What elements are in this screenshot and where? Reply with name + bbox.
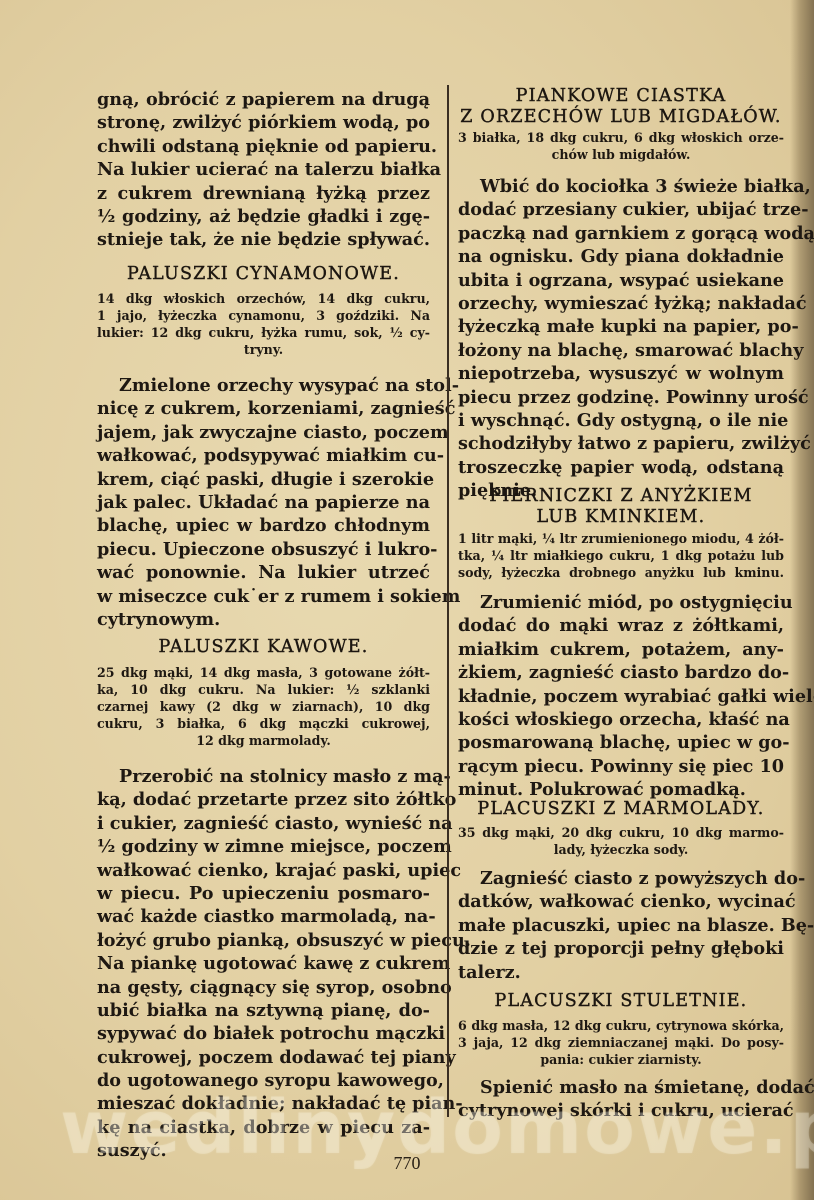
text-line: kładnie, poczem wyrabiać gałki wiel-	[458, 685, 784, 708]
ingredients-line: 1 litr mąki, ¼ ltr zrumienionego miodu, …	[458, 530, 784, 547]
recipe-title: PIERNICZKI Z ANYŻKIEM LUB KMINKIEM.	[458, 486, 784, 528]
text-line: Zagnieść ciasto z powyższych do-	[458, 867, 784, 890]
recipe-body: Przerobić na stolnicy masło z mą- ką, do…	[97, 765, 430, 1163]
text-line: łożony na blachę, smarować blachy	[458, 339, 784, 362]
text-line: ½ godziny, aż będzie gładki i zgę-	[97, 205, 430, 228]
text-line: posmarowaną blachę, upiec w go-	[458, 731, 784, 754]
text-line: stronę, zwilżyć piórkiem wodą, po	[97, 111, 430, 134]
ingredients-line: czarnej kawy (2 dkg w ziarnach), 10 dkg	[97, 698, 430, 715]
text-line: ubita i ogrzana, wsypać usiekane	[458, 269, 784, 292]
text-line: nicę z cukrem, korzeniami, zagnieść	[97, 397, 430, 420]
text-line: niepotrzeba, wysuszyć w wolnym	[458, 362, 784, 385]
ingredients-line: pania: cukier ziarnisty.	[458, 1051, 784, 1068]
recipe-ingredients: 25 dkg mąki, 14 dkg masła, 3 gotowane żó…	[97, 664, 430, 749]
text-line: paczką nad garnkiem z gorącą wodą	[458, 222, 784, 245]
recipe-title-line: PLACUSZKI Z MARMOLADY.	[458, 799, 784, 820]
text-line: ubić białka na sztywną pianę, do-	[97, 999, 430, 1022]
recipe-ingredients: 14 dkg włoskich orzechów, 14 dkg cukru, …	[97, 290, 430, 358]
text-line: Wbić do kociołka 3 świeże białka,	[458, 175, 784, 198]
recipe-body: Wbić do kociołka 3 świeże białka, dodać …	[458, 175, 784, 502]
text-line: gną, obrócić z papierem na drugą	[97, 88, 430, 111]
text-line: orzechy, wymieszać łyżką; nakładać	[458, 292, 784, 315]
text-line: kę na ciastka, dobrze w piecu za-	[97, 1116, 430, 1139]
recipe-title-line: PIERNICZKI Z ANYŻKIEM	[458, 486, 784, 507]
text-line: Na piankę ugotować kawę z cukrem	[97, 952, 430, 975]
recipe-ingredients: 3 białka, 18 dkg cukru, 6 dkg włoskich o…	[458, 129, 784, 163]
text-line: Zmielone orzechy wysypać na stol-	[97, 374, 430, 397]
text-line: cytrynowym.	[97, 608, 430, 631]
text-line: rącym piecu. Powinny się piec 10	[458, 755, 784, 778]
text-line: na gęsty, ciągnący się syrop, osobno	[97, 976, 430, 999]
page-number: 770	[0, 1153, 814, 1174]
text-line: cukrowej, poczem dodawać tej piany	[97, 1046, 430, 1069]
text-line: ką, dodać przetarte przez sito żółtko	[97, 788, 430, 811]
text-line: Spienić masło na śmietanę, dodać	[458, 1076, 784, 1099]
text-line: wać każde ciastko marmoladą, na-	[97, 905, 430, 928]
ingredients-line: lady, łyżeczka sody.	[458, 841, 784, 858]
text-line: łyżeczką małe kupki na papier, po-	[458, 315, 784, 338]
recipe-body: Zmielone orzechy wysypać na stol- nicę z…	[97, 374, 430, 631]
column-divider	[447, 85, 449, 1117]
recipe-title: PLACUSZKI Z MARMOLADY.	[458, 799, 784, 820]
text-line: mieszać dokładnie; nakładać tę pian-	[97, 1092, 430, 1115]
text-line: jak palec. Układać na papierze na	[97, 491, 430, 514]
ingredients-line: chów lub migdałów.	[458, 146, 784, 163]
text-line: Na lukier ucierać na talerzu białka	[97, 158, 430, 181]
text-line: minut. Polukrować pomadką.	[458, 778, 784, 801]
text-line: na ognisku. Gdy piana dokładnie	[458, 245, 784, 268]
ingredients-line: lukier: 12 dkg cukru, łyżka rumu, sok, ½…	[97, 324, 430, 341]
text-line: wałkować, podsypywać miałkim cu-	[97, 444, 430, 467]
text-line: łożyć grubo pianką, obsuszyć w piecu.	[97, 929, 430, 952]
recipe-title-line: PIANKOWE CIASTKA	[458, 86, 784, 107]
text-line: dzie z tej proporcji pełny głęboki	[458, 937, 784, 960]
text-line: jajem, jak zwyczajne ciasto, poczem	[97, 421, 430, 444]
ingredients-line: tka, ¼ ltr miałkiego cukru, 1 dkg potażu…	[458, 547, 784, 564]
ingredients-line: 25 dkg mąki, 14 dkg masła, 3 gotowane żó…	[97, 664, 430, 681]
text-line: stnieje tak, że nie będzie spływać.	[97, 228, 430, 251]
ingredients-line: 14 dkg włoskich orzechów, 14 dkg cukru,	[97, 290, 430, 307]
ingredients-line: 35 dkg mąki, 20 dkg cukru, 10 dkg marmo-	[458, 824, 784, 841]
text-line: cytrynowej skórki i cukru, ucierać	[458, 1099, 784, 1122]
text-line: wałkować cienko, krajać paski, upiec	[97, 859, 430, 882]
text-line: żkiem, zagnieść ciasto bardzo do-	[458, 661, 784, 684]
text-line: dodać do mąki wraz z żółtkami,	[458, 614, 784, 637]
text-line: Zrumienić miód, po ostygnięciu	[458, 591, 784, 614]
text-line: talerz.	[458, 961, 784, 984]
text-line: kości włoskiego orzecha, kłaść na	[458, 708, 784, 731]
ingredients-line: 6 dkg masła, 12 dkg cukru, cytrynowa skó…	[458, 1017, 784, 1034]
text-line: dodać przesiany cukier, ubijać trze-	[458, 198, 784, 221]
recipe-title-line: Z ORZECHÓW LUB MIGDAŁÓW.	[458, 107, 784, 128]
text-line: sypywać do białek potrochu mączki	[97, 1022, 430, 1045]
recipe-title: PALUSZKI CYNAMONOWE.	[97, 264, 430, 285]
text-line: Przerobić na stolnicy masło z mą-	[97, 765, 430, 788]
text-line: chwili odstaną pięknie od papieru.	[97, 135, 430, 158]
text-line: miałkim cukrem, potażem, any-	[458, 638, 784, 661]
ingredients-line: 12 dkg marmolady.	[97, 732, 430, 749]
ingredients-line: tryny.	[97, 341, 430, 358]
text-line: ½ godziny w zimne miejsce, poczem	[97, 835, 430, 858]
text-line: małe placuszki, upiec na blasze. Bę-	[458, 914, 784, 937]
text-line: krem, ciąć paski, długie i szerokie	[97, 468, 430, 491]
text-line: w miseczce cuk˙er z rumem i sokiem	[97, 585, 430, 608]
text-line: i cukier, zagnieść ciasto, wynieść na	[97, 812, 430, 835]
recipe-ingredients: 6 dkg masła, 12 dkg cukru, cytrynowa skó…	[458, 1017, 784, 1068]
text-line: wać ponownie. Na lukier utrzeć	[97, 561, 430, 584]
recipe-ingredients: 35 dkg mąki, 20 dkg cukru, 10 dkg marmo-…	[458, 824, 784, 858]
ingredients-line: cukru, 3 białka, 6 dkg mączki cukrowej,	[97, 715, 430, 732]
text-line: troszeczkę papier wodą, odstaną	[458, 456, 784, 479]
text-line: datków, wałkować cienko, wycinać	[458, 890, 784, 913]
recipe-title: PALUSZKI KAWOWE.	[97, 637, 430, 658]
intro-paragraph: gną, obrócić z papierem na drugą stronę,…	[97, 88, 430, 252]
recipe-body: Zrumienić miód, po ostygnięciu dodać do …	[458, 591, 784, 802]
text-line: i wyschnąć. Gdy ostygną, o ile nie	[458, 409, 784, 432]
recipe-title-line: PLACUSZKI STULETNIE.	[458, 991, 784, 1012]
text-line: piecu przez godzinę. Powinny urość	[458, 386, 784, 409]
text-line: blachę, upiec w bardzo chłodnym	[97, 514, 430, 537]
recipe-ingredients: 1 litr mąki, ¼ ltr zrumienionego miodu, …	[458, 530, 784, 581]
text-line: w piecu. Po upieczeniu posmaro-	[97, 882, 430, 905]
ingredients-line: sody, łyżeczka drobnego anyżku lub kminu…	[458, 564, 784, 581]
recipe-body: Zagnieść ciasto z powyższych do- datków,…	[458, 867, 784, 984]
ingredients-line: 3 jaja, 12 dkg ziemniaczanej mąki. Do po…	[458, 1034, 784, 1051]
text-line: do ugotowanego syropu kawowego,	[97, 1069, 430, 1092]
recipe-title: PIANKOWE CIASTKA Z ORZECHÓW LUB MIGDAŁÓW…	[458, 86, 784, 128]
text-line: z cukrem drewnianą łyżką przez	[97, 182, 430, 205]
scanned-book-page: gną, obrócić z papierem na drugą stronę,…	[0, 0, 814, 1200]
recipe-title: PLACUSZKI STULETNIE.	[458, 991, 784, 1012]
recipe-title-line: LUB KMINKIEM.	[458, 507, 784, 528]
text-line: piecu. Upieczone obsuszyć i lukro-	[97, 538, 430, 561]
ingredients-line: 1 jajo, łyżeczka cynamonu, 3 goździki. N…	[97, 307, 430, 324]
ingredients-line: ka, 10 dkg cukru. Na lukier: ½ szklanki	[97, 681, 430, 698]
recipe-body: Spienić masło na śmietanę, dodać cytryno…	[458, 1076, 784, 1123]
text-line: schodziłyby łatwo z papieru, zwilżyć	[458, 432, 784, 455]
ingredients-line: 3 białka, 18 dkg cukru, 6 dkg włoskich o…	[458, 129, 784, 146]
